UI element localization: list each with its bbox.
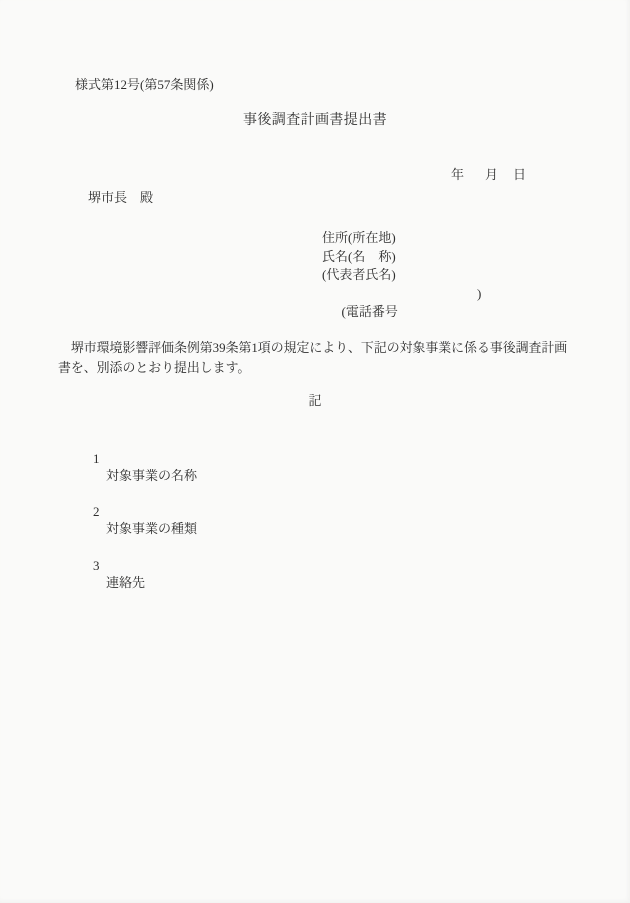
item-number: 2 bbox=[93, 504, 100, 519]
document-title: 事後調査計画書提出書 bbox=[0, 112, 630, 130]
addressee: 堺市長 殿 bbox=[88, 190, 153, 206]
applicant-phone-close-paren: ) bbox=[477, 285, 481, 304]
date-day-label: 日 bbox=[513, 167, 526, 182]
item-number: 1 bbox=[93, 451, 100, 466]
date-line: 年月日 bbox=[438, 151, 526, 200]
applicant-address-label: 住所(所在地) bbox=[322, 229, 487, 248]
date-month-label: 月 bbox=[485, 167, 498, 182]
applicant-representative-label: (代表者氏名) bbox=[322, 266, 487, 285]
item-label: 連絡先 bbox=[106, 575, 145, 590]
record-marker: 記 bbox=[0, 393, 630, 409]
date-year-label: 年 bbox=[451, 167, 464, 182]
item-number: 3 bbox=[93, 558, 100, 573]
item-label: 対象事業の種類 bbox=[106, 521, 197, 536]
applicant-name-label: 氏名(名 称) bbox=[322, 248, 487, 267]
item-label: 対象事業の名称 bbox=[106, 468, 197, 483]
body-paragraph-line-2: 書を、別添のとおり提出します。 bbox=[58, 360, 250, 376]
applicant-phone-label: (電話番号 bbox=[342, 304, 398, 319]
list-item: 3 連絡先 bbox=[80, 542, 145, 607]
body-paragraph-line-1: 堺市環境影響評価条例第39条第1項の規定により、下記の対象事業に係る事後調査計画 bbox=[58, 340, 567, 356]
document-page: 様式第12号(第57条関係) 事後調査計画書提出書 年月日 堺市長 殿 住所(所… bbox=[0, 0, 630, 903]
form-number: 様式第12号(第57条関係) bbox=[75, 77, 214, 93]
